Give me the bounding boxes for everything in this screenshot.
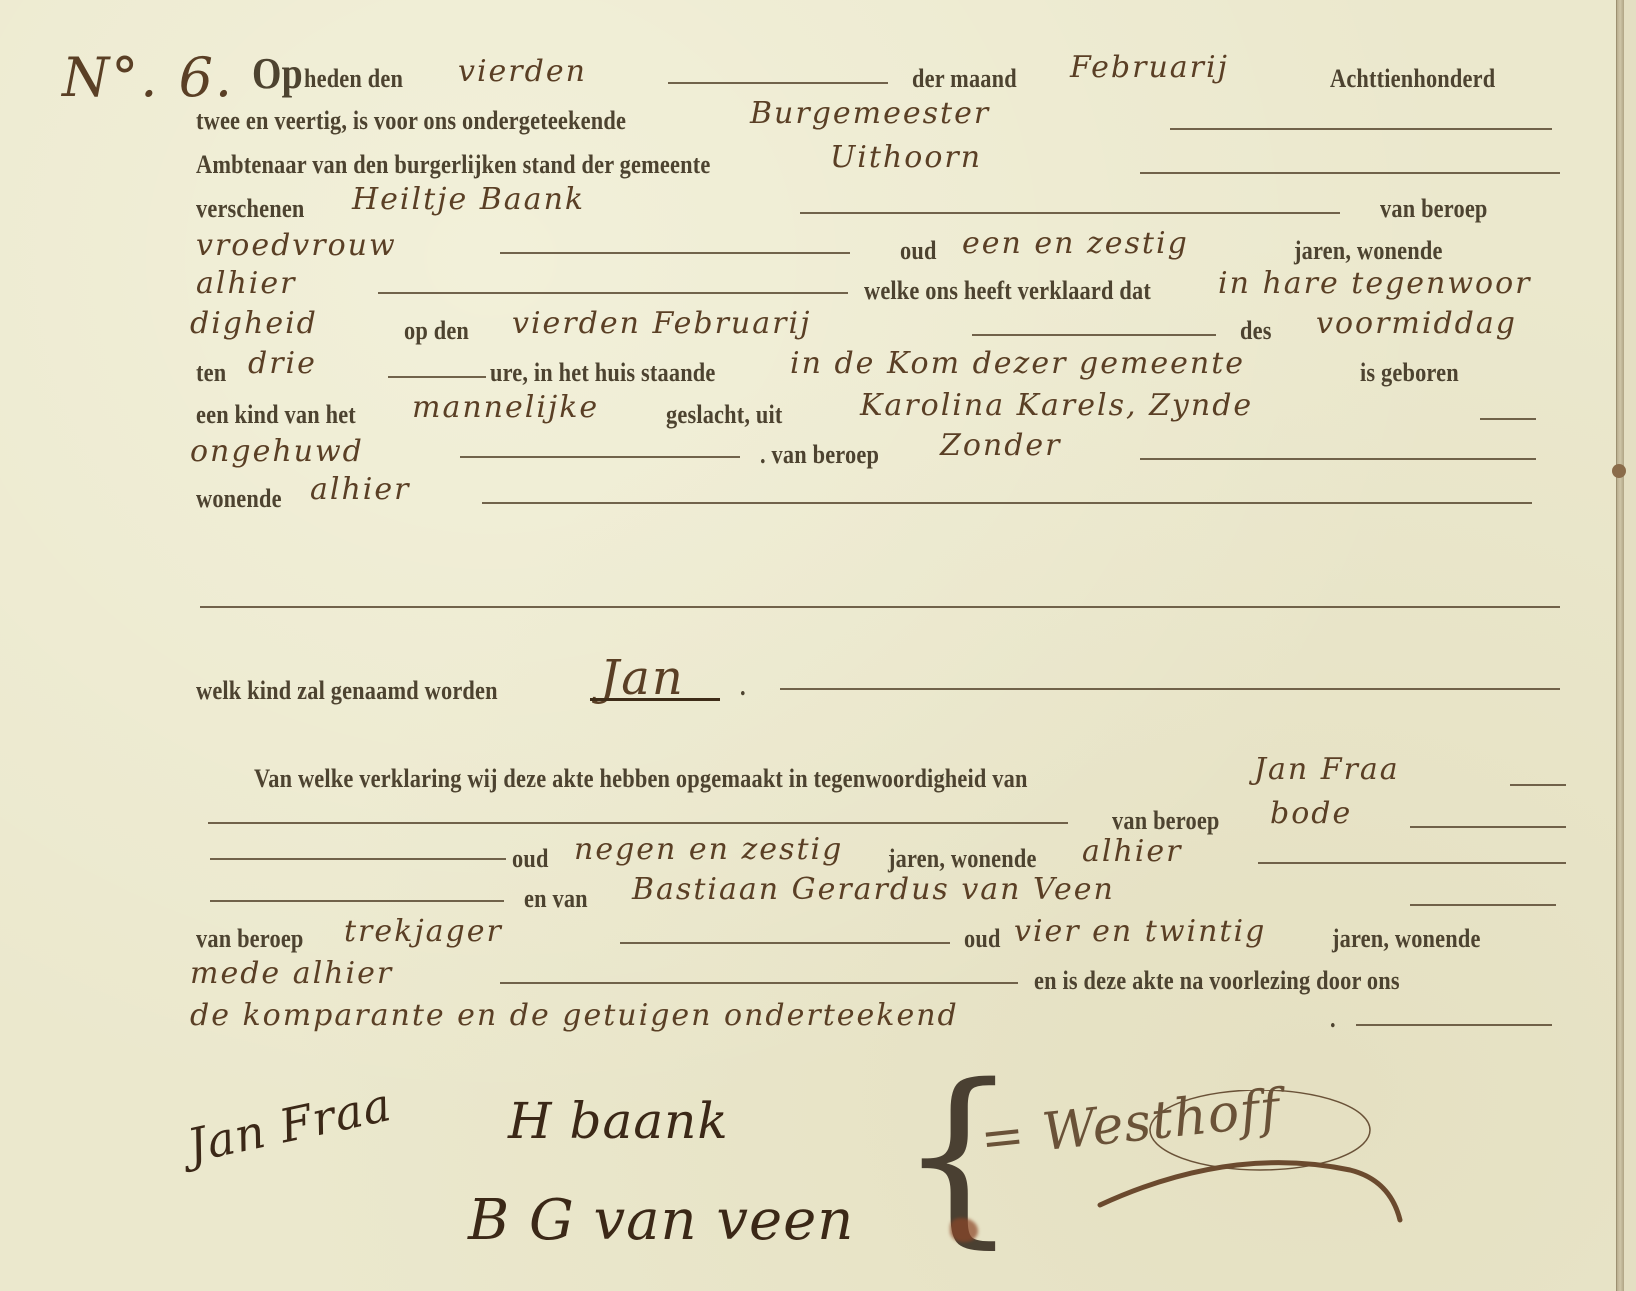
fill-line	[500, 982, 1018, 984]
hand-declarant-occupation: vroedvrouw	[196, 228, 397, 263]
fill-line	[388, 376, 486, 378]
printed-verklaard: welke ons heeft verklaard dat	[864, 276, 1151, 306]
hand-witness2-occupation: trekjager	[344, 914, 503, 949]
fill-line	[620, 942, 950, 944]
fill-line	[780, 688, 1560, 690]
hand-signing-clause: de komparante en de getuigen onderteeken…	[190, 998, 959, 1033]
fill-line	[1140, 172, 1560, 174]
printed-op-den: op den	[404, 316, 469, 346]
printed-des: des	[1240, 316, 1272, 346]
fill-line	[378, 292, 848, 294]
hand-mother-name: Karolina Karels, Zynde	[860, 388, 1253, 423]
printed-ure-huis: ure, in het huis staande	[490, 358, 716, 388]
hand-declarant-residence: alhier	[196, 266, 297, 301]
fill-line	[1410, 904, 1556, 906]
naming-period: .	[740, 672, 746, 702]
record-number: N°. 6.	[62, 46, 234, 109]
hand-time-of-day: voormiddag	[1316, 306, 1517, 341]
printed-geslacht-uit: geslacht, uit	[666, 400, 783, 430]
hand-witness2-age: vier en twintig	[1014, 914, 1266, 949]
fill-line	[1480, 418, 1536, 420]
fill-line	[1258, 862, 1566, 864]
hand-birth-place: in de Kom dezer gemeente	[790, 346, 1245, 381]
fill-line	[1140, 458, 1536, 460]
printed-der-maand: der maand	[912, 64, 1017, 94]
birth-record-page: N°. 6. Op heden den vierden der maand Fe…	[0, 0, 1636, 1291]
fill-line	[208, 822, 1068, 824]
signing-period: .	[1330, 1004, 1336, 1034]
binding-thread	[1612, 464, 1626, 478]
printed-is-geboren: is geboren	[1360, 358, 1459, 388]
hand-mother-status: ongehuwd	[190, 434, 364, 469]
fill-line	[1510, 784, 1566, 786]
printed-witness2-oud: oud	[964, 924, 1001, 954]
printed-wonende: wonende	[196, 484, 282, 514]
fill-line	[210, 900, 504, 902]
fill-line	[1410, 826, 1566, 828]
fill-line	[1356, 1024, 1552, 1026]
hand-hour: drie	[248, 346, 317, 381]
printed-verschenen: verschenen	[196, 194, 305, 224]
hand-day: vierden	[458, 54, 587, 89]
printed-van-beroep: van beroep	[1380, 194, 1488, 224]
printed-witness2-beroep: van beroep	[196, 924, 304, 954]
printed-year-1: Achttienhonderd	[1330, 64, 1495, 94]
hand-official-title: Burgemeester	[750, 96, 990, 131]
hand-witness1-occupation: bode	[1270, 796, 1352, 831]
printed-kind-van-het: een kind van het	[196, 400, 356, 430]
printed-voorlezing: en is deze akte na voorlezing door ons	[1034, 966, 1400, 996]
printed-genaamd: welk kind zal genaamd worden	[196, 676, 498, 706]
printed-ten: ten	[196, 358, 226, 388]
printed-oud: oud	[900, 236, 937, 266]
hand-witness1-age: negen en zestig	[574, 832, 843, 867]
fill-line	[200, 606, 1560, 608]
hand-witness1-residence: alhier	[1082, 834, 1183, 869]
hand-mother-occupation: Zonder	[940, 428, 1062, 463]
printed-witness1-beroep: van beroep	[1112, 806, 1220, 836]
next-page-edge	[1624, 0, 1636, 1291]
fill-line	[482, 502, 1532, 504]
hand-birth-date: vierden Februarij	[512, 306, 811, 341]
hand-declarant-age: een en zestig	[962, 226, 1189, 261]
hand-witness1-name: Jan Fraa	[1254, 752, 1400, 787]
fill-line	[210, 858, 506, 860]
printed-witness1-oud: oud	[512, 844, 549, 874]
printed-witness2-jaren: jaren, wonende	[1332, 924, 1481, 954]
printed-verklaring: Van welke verklaring wij deze akte hebbe…	[254, 764, 1028, 794]
fill-line	[460, 456, 740, 458]
hand-witness2-residence: mede alhier	[190, 956, 393, 991]
printed-jaren-wonende: jaren, wonende	[1294, 236, 1443, 266]
hand-presence-1: in hare tegenwoor	[1218, 266, 1532, 301]
fill-line	[500, 252, 850, 254]
hand-municipality: Uithoorn	[830, 140, 982, 175]
signature-declarant: H baank	[508, 1092, 729, 1150]
signature-flourish	[1080, 1090, 1440, 1230]
hand-witness2-name: Bastiaan Gerardus van Veen	[632, 872, 1115, 907]
printed-en-van: en van	[524, 884, 588, 914]
signature-witness-2: B G van veen	[468, 1188, 854, 1253]
ink-blot	[950, 1218, 978, 1242]
hand-sex: mannelijke	[412, 390, 599, 425]
printed-op: Op	[252, 48, 303, 99]
hand-mother-residence: alhier	[310, 472, 411, 507]
child-name-underline	[590, 698, 720, 701]
hand-month: Februarij	[1070, 50, 1229, 85]
printed-ambtenaar: Ambtenaar van den burgerlijken stand der…	[196, 150, 710, 180]
fill-line	[1170, 128, 1552, 130]
printed-heden-den: heden den	[304, 64, 403, 94]
signature-witness-1: Jan Fraa	[183, 1077, 397, 1173]
fill-line	[668, 82, 888, 84]
printed-witness1-jaren: jaren, wonende	[888, 844, 1037, 874]
printed-year-2: twee en veertig, is voor ons ondergeteek…	[196, 106, 626, 136]
fill-line	[800, 212, 1340, 214]
hand-presence-2: digheid	[190, 306, 318, 341]
printed-mother-van-beroep: . van beroep	[760, 440, 879, 470]
hand-declarant-name: Heiltje Baank	[352, 182, 585, 217]
fill-line	[972, 334, 1216, 336]
